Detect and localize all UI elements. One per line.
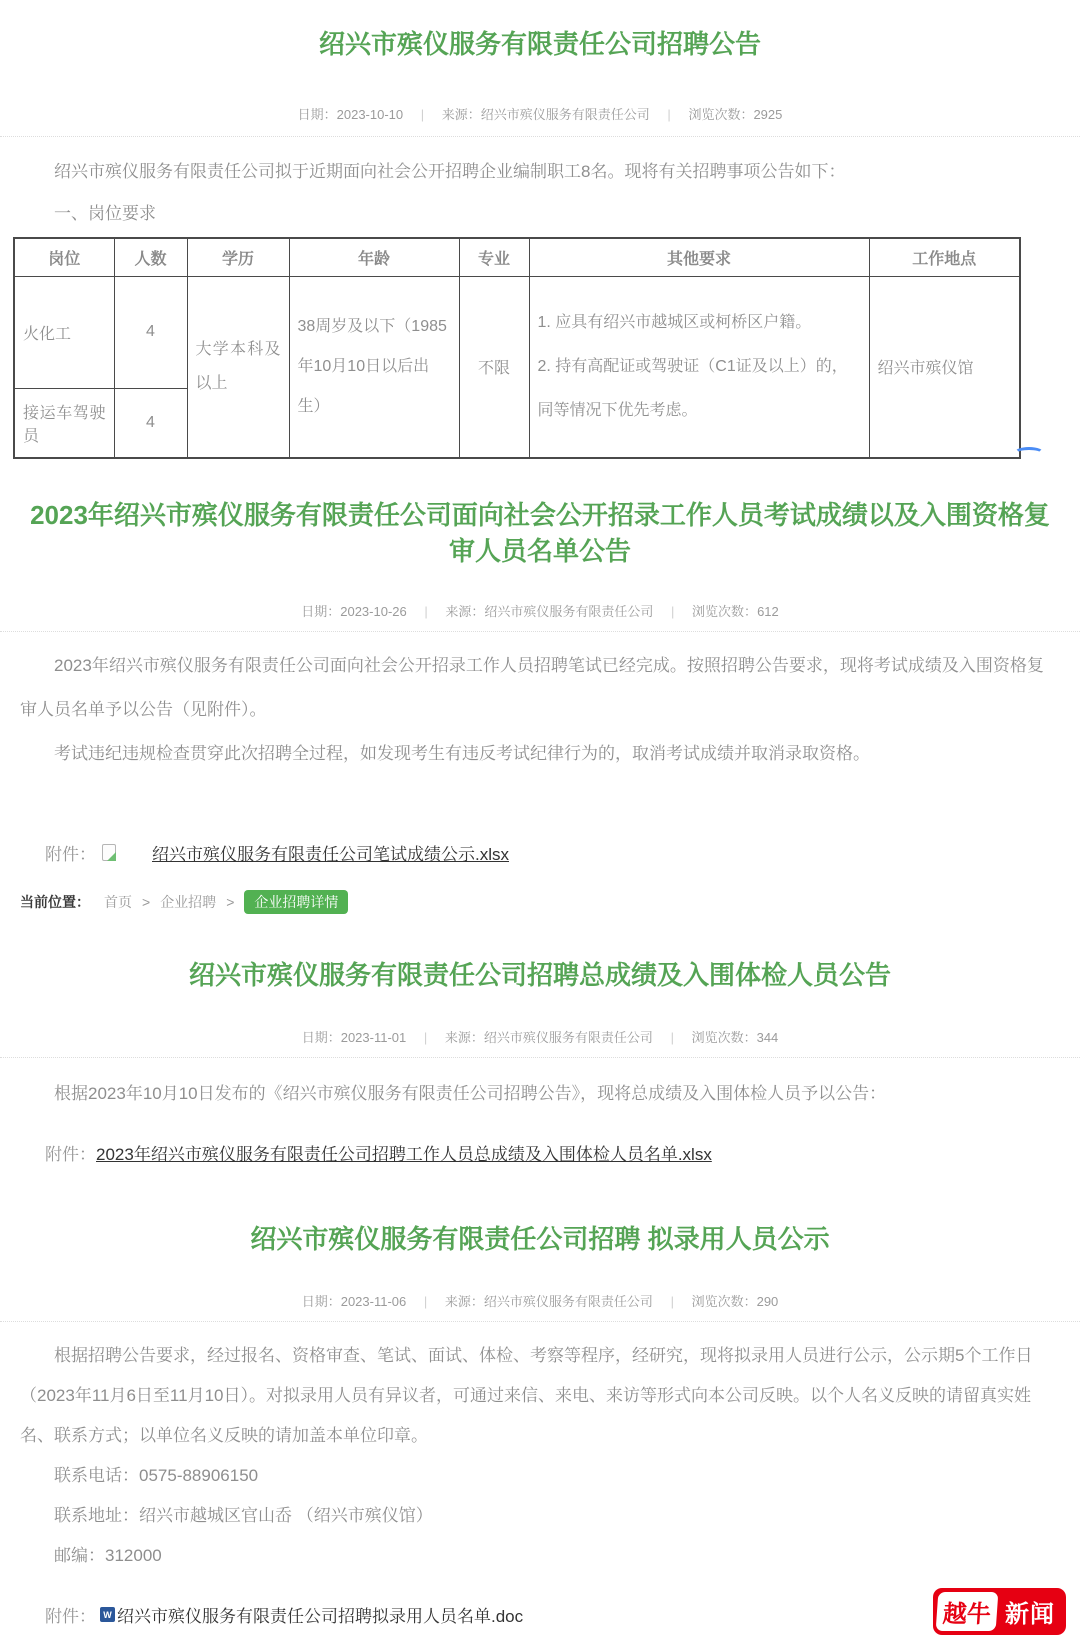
- meta-source-label: 来源：: [442, 107, 481, 122]
- breadcrumb-label: 当前位置：: [20, 892, 90, 912]
- cell-other-requirements: 1. 应具有绍兴市越城区或柯桥区户籍。 2. 持有高配证或驾驶证（C1证及以上）…: [529, 276, 869, 458]
- meta-views: 290: [757, 1294, 779, 1309]
- breadcrumb-separator: >: [226, 894, 234, 910]
- announcement4-paragraph: 根据招聘公告要求，经过报名、资格审查、笔试、面试、体检、考察等程序，经研究，现将…: [0, 1336, 1080, 1456]
- announcement2-meta: 日期：2023-10-26 | 来源：绍兴市殡仪服务有限责任公司 | 浏览次数：…: [0, 603, 1080, 621]
- yueniu-news-logo[interactable]: 越牛 新闻: [933, 1588, 1066, 1635]
- meta-separator: |: [671, 604, 674, 619]
- meta-separator: |: [424, 604, 427, 619]
- announcement1-meta: 日期：2023-10-10 | 来源：绍兴市殡仪服务有限责任公司 | 浏览次数：…: [0, 106, 1080, 124]
- cell-education: 大学本科及以上: [187, 276, 289, 458]
- cell-location: 绍兴市殡仪馆: [869, 276, 1020, 458]
- breadcrumb-item-recruitment[interactable]: 企业招聘: [160, 892, 216, 912]
- meta-source-label: 来源：: [445, 1030, 484, 1045]
- attachment-link[interactable]: 绍兴市殡仪服务有限责任公司招聘拟录用人员名单.doc: [117, 1602, 523, 1627]
- doc-file-icon: W: [100, 1607, 115, 1622]
- meta-source: 绍兴市殡仪服务有限责任公司: [484, 1294, 653, 1309]
- meta-separator: |: [424, 1030, 427, 1045]
- table-header-row: 岗位 人数 学历 年龄 专业 其他要求 工作地点: [14, 238, 1020, 276]
- attachment-label: 附件：: [45, 1602, 96, 1627]
- postcode-line: 邮编：312000: [0, 1536, 1080, 1576]
- cell-count: 4: [114, 276, 187, 388]
- contact-phone-line: 联系电话：0575-88906150: [0, 1456, 1080, 1496]
- contact-address-value: 绍兴市越城区官山岙 （绍兴市殡仪馆）: [139, 1506, 433, 1525]
- announcement1-intro: 绍兴市殡仪服务有限责任公司拟于近期面向社会公开招聘企业编制职工8名。现将有关招聘…: [0, 157, 1080, 187]
- announcement3-paragraph: 根据2023年10月10日发布的《绍兴市殡仪服务有限责任公司招聘公告》，现将总成…: [0, 1072, 1080, 1116]
- meta-views-label: 浏览次数：: [692, 1294, 757, 1309]
- xlsx-file-icon: [102, 844, 116, 861]
- col-header-major: 专业: [459, 238, 529, 276]
- meta-date-label: 日期：: [298, 107, 337, 122]
- meta-separator: |: [671, 1030, 674, 1045]
- meta-views-label: 浏览次数：: [692, 1030, 757, 1045]
- announcement3-meta: 日期：2023-11-01 | 来源：绍兴市殡仪服务有限责任公司 | 浏览次数：…: [0, 1029, 1080, 1047]
- meta-source-label: 来源：: [445, 1294, 484, 1309]
- announcement1-section-heading: 一、岗位要求: [0, 199, 1080, 229]
- other-requirement-line: 2. 持有高配证或驾驶证（C1证及以上）的，同等情况下优先考虑。: [538, 345, 861, 433]
- meta-date-label: 日期：: [302, 1294, 341, 1309]
- announcement2-paragraph: 考试违纪违规检查贯穿此次招聘全过程，如发现考生有违反考试纪律行为的，取消考试成绩…: [0, 732, 1080, 776]
- meta-source: 绍兴市殡仪服务有限责任公司: [484, 1030, 653, 1045]
- announcement2-title: 2023年绍兴市殡仪服务有限责任公司面向社会公开招录工作人员考试成绩以及入围资格…: [28, 497, 1052, 569]
- announcement3-attachment: 附件： 2023年绍兴市殡仪服务有限责任公司招聘工作人员总成绩及入围体检人员名单…: [0, 1140, 1080, 1165]
- postcode-value: 312000: [105, 1546, 162, 1565]
- attachment-link[interactable]: 绍兴市殡仪服务有限责任公司笔试成绩公示.xlsx: [152, 840, 509, 865]
- meta-views: 344: [757, 1030, 779, 1045]
- announcement4-title: 绍兴市殡仪服务有限责任公司招聘 拟录用人员公示: [28, 1221, 1052, 1257]
- meta-separator: |: [421, 107, 424, 122]
- breadcrumb-separator: >: [142, 894, 150, 910]
- divider: [0, 1321, 1080, 1322]
- cell-post: 接运车驾驶员: [14, 388, 114, 458]
- meta-source: 绍兴市殡仪服务有限责任公司: [481, 107, 650, 122]
- col-header-other: 其他要求: [529, 238, 869, 276]
- announcement2-paragraph: 2023年绍兴市殡仪服务有限责任公司面向社会公开招录工作人员招聘笔试已经完成。按…: [0, 644, 1080, 732]
- attachment-label: 附件：: [45, 1140, 96, 1165]
- announcement4-attachment: 附件： W 绍兴市殡仪服务有限责任公司招聘拟录用人员名单.doc: [0, 1602, 1080, 1627]
- meta-views: 2925: [753, 107, 782, 122]
- cell-major: 不限: [459, 276, 529, 458]
- meta-source-label: 来源：: [445, 604, 484, 619]
- cell-age: 38周岁及以下（1985年10月10日以后出生）: [289, 276, 459, 458]
- logo-left-text: 越牛: [936, 1592, 999, 1631]
- announcement1-title: 绍兴市殡仪服务有限责任公司招聘公告: [28, 0, 1052, 62]
- contact-phone-value: 0575-88906150: [139, 1466, 258, 1485]
- meta-separator: |: [424, 1294, 427, 1309]
- contact-address-line: 联系地址：绍兴市越城区官山岙 （绍兴市殡仪馆）: [0, 1496, 1080, 1536]
- meta-views-label: 浏览次数：: [692, 604, 757, 619]
- meta-date: 2023-11-06: [341, 1294, 407, 1309]
- other-requirement-line: 1. 应具有绍兴市越城区或柯桥区户籍。: [538, 301, 861, 345]
- announcement3-title: 绍兴市殡仪服务有限责任公司招聘总成绩及入围体检人员公告: [28, 957, 1052, 993]
- announcement2-attachment: 附件： 绍兴市殡仪服务有限责任公司笔试成绩公示.xlsx: [0, 840, 1080, 865]
- col-header-age: 年龄: [289, 238, 459, 276]
- meta-source: 绍兴市殡仪服务有限责任公司: [484, 604, 653, 619]
- col-header-count: 人数: [114, 238, 187, 276]
- breadcrumb-item-home[interactable]: 首页: [104, 892, 132, 912]
- table-row: 火化工 4 大学本科及以上 38周岁及以下（1985年10月10日以后出生） 不…: [14, 276, 1020, 388]
- divider: [0, 631, 1080, 632]
- blue-arc-fragment: [1014, 447, 1044, 459]
- meta-date: 2023-11-01: [341, 1030, 407, 1045]
- job-requirements-table: 岗位 人数 学历 年龄 专业 其他要求 工作地点 火化工 4 大学本科及以上 3…: [13, 237, 1021, 459]
- breadcrumb: 当前位置： 首页 > 企业招聘 > 企业招聘详情: [0, 887, 1080, 917]
- breadcrumb-current-badge[interactable]: 企业招聘详情: [244, 890, 348, 914]
- meta-date: 2023-10-26: [340, 604, 407, 619]
- announcement4-meta: 日期：2023-11-06 | 来源：绍兴市殡仪服务有限责任公司 | 浏览次数：…: [0, 1293, 1080, 1311]
- meta-views: 612: [757, 604, 779, 619]
- meta-date: 2023-10-10: [337, 107, 404, 122]
- attachment-link[interactable]: 2023年绍兴市殡仪服务有限责任公司招聘工作人员总成绩及入围体检人员名单.xls…: [96, 1140, 712, 1165]
- meta-date-label: 日期：: [302, 1030, 341, 1045]
- attachment-label: 附件：: [45, 840, 96, 865]
- col-header-location: 工作地点: [869, 238, 1020, 276]
- meta-date-label: 日期：: [301, 604, 340, 619]
- contact-address-label: 联系地址：: [54, 1506, 139, 1525]
- postcode-label: 邮编：: [54, 1546, 105, 1565]
- meta-separator: |: [671, 1294, 674, 1309]
- divider: [0, 136, 1080, 137]
- cell-count: 4: [114, 388, 187, 458]
- divider: [0, 1057, 1080, 1058]
- cell-post: 火化工: [14, 276, 114, 388]
- contact-phone-label: 联系电话：: [54, 1466, 139, 1485]
- meta-views-label: 浏览次数：: [688, 107, 753, 122]
- col-header-education: 学历: [187, 238, 289, 276]
- logo-right-text: 新闻: [997, 1594, 1062, 1629]
- col-header-post: 岗位: [14, 238, 114, 276]
- meta-separator: |: [667, 107, 670, 122]
